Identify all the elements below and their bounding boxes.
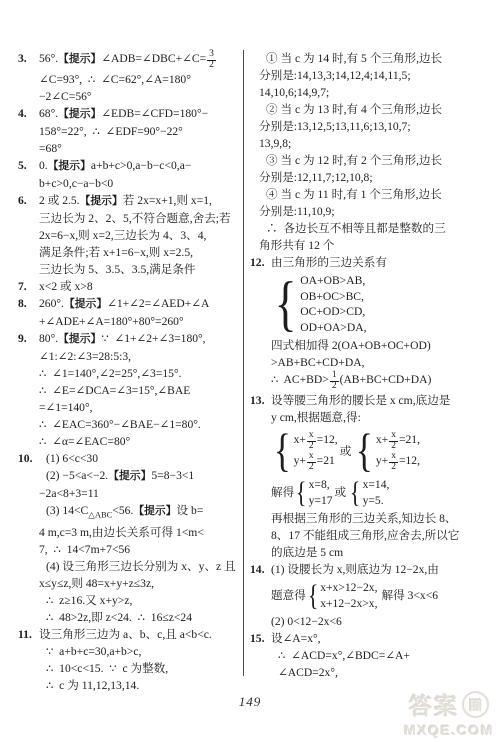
fraction: x2 [389, 452, 398, 473]
answer-item-12: 12.由三角形的三边关系有{OA+OB>AB,OB+OC>BC,OC+OD>CD… [250, 254, 482, 392]
text-line: 13,9,8; [259, 135, 482, 152]
text-line: x<2 或 x>8 [39, 278, 243, 295]
text-line: 分别是:13,12,5;13,11,6;13,10,7; [259, 118, 482, 135]
text-line: 由三角形的三边关系有 [271, 254, 482, 271]
brace-icon: { [296, 478, 307, 508]
text-line: 三边长为 5、3.5、3.5,满足条件 [39, 261, 243, 278]
text-line: (2) 0<12−2x<6 [271, 613, 482, 630]
subscript: △ABC [88, 510, 112, 520]
fraction: x2 [307, 452, 316, 473]
column-divider [243, 50, 244, 676]
text-line: 设三角形三边为 a、b、c,且 a<b<c. [39, 626, 243, 643]
item-number: 6. [18, 192, 39, 209]
text-line: 满足条件;若 x+1=6−x,则 x=2.5, [39, 244, 243, 261]
text-line: (1) 设腰长为 x,则底边为 12−2x,由 [271, 561, 482, 578]
hint-label: 【提示】 [108, 470, 151, 482]
answer-item-9: 9.80°.【提示】∵ ∠1+∠2+∠3=180°,∠1:∠2:∠3=28:5:… [18, 330, 243, 450]
text-line: ∠1:∠2:∠3=28:5:3, [39, 348, 243, 365]
item-number: 10. [18, 450, 39, 467]
fraction: x2 [389, 431, 398, 452]
text-line: 260°.【提示】∠1+∠2=∠AED+∠A [39, 295, 243, 313]
text-line: 68°.【提示】∠EDB=∠CFD=180°− [39, 105, 243, 123]
brace-icon: { [308, 581, 319, 611]
text-line: ∴ AC+BD>12(AB+BC+CD+DA) [271, 371, 482, 392]
watermark-brand-text: 答案 [409, 688, 459, 721]
hint-label: 【提示】 [64, 298, 107, 310]
fraction: x2 [307, 431, 316, 452]
watermark-site-text: MXQE.COM [404, 722, 494, 738]
item-number: 15. [250, 630, 271, 647]
text-line: ∴ c 为 11,12,13,14. [39, 677, 243, 694]
text-line: 4 m,c=3 m,由边长关系可得 1<m< [39, 524, 243, 541]
brace-group: {x+x2=12,y+x2=21 [271, 428, 338, 475]
brace-group: {OA+OB>AB,OB+OC>BC,OC+OD>CD,OD+OA>DA, [271, 273, 367, 335]
right-column: ① 当 c 为 14 时,有 5 个三角形,边长分别是:14,13,3;14,1… [250, 50, 482, 681]
left-column: 3.56°.【提示】∠ADB=∠DBC+∠C=32∠C=93°, ∴ ∠C=62… [18, 50, 243, 694]
answer-item-11: 11.设三角形三边为 a、b、c,且 a<b<c.∵ a+b+c=30,a+b>… [18, 626, 243, 694]
text-line: 设∠A=x°, [271, 630, 482, 647]
text-line: ∴ ∠EAC=360°−∠BAE−∠1=80°. [39, 416, 243, 433]
text-line: 的底边是 5 cm [271, 544, 482, 561]
answer-item-8: 8.260°.【提示】∠1+∠2=∠AED+∠A+∠ADE+∠A=180°+80… [18, 295, 243, 330]
system-row: y+x2=21 [294, 452, 338, 473]
text-line: 7, ∴ 14<7m+7<56 [39, 541, 243, 558]
text-line: ∴ ∠α=∠EAC=80° [39, 433, 243, 450]
item-number: 9. [18, 330, 39, 347]
item-number: 4. [18, 105, 39, 122]
system-row: OA+OB>AB, [300, 273, 366, 289]
item-number: 7. [18, 278, 39, 295]
text-line: ∴ ∠ACD=x°,∠BDC=∠A+ [271, 647, 482, 664]
system-row: OB+OC>BC, [300, 289, 366, 305]
item-number: 14. [250, 561, 271, 578]
system-row: x+12−2x>x, [320, 596, 377, 612]
answer-item-15: 15.设∠A=x°,∴ ∠ACD=x°,∠BDC=∠A+∠ACD=2x°, [250, 630, 482, 681]
text-line: ④ 当 c 为 11 时,有 1 个三角形,边长 [259, 186, 482, 203]
hint-label: 【提示】 [58, 53, 101, 65]
watermark-circle-logo: 圈 [462, 691, 489, 718]
system-row: y+x2=12, [376, 452, 420, 473]
item-number: 13. [250, 392, 271, 409]
or-label: 或 [340, 443, 352, 460]
brace-icon: { [274, 428, 291, 475]
answer-item-continued: ① 当 c 为 14 时,有 5 个三角形,边长分别是:14,13,3;14,1… [250, 50, 482, 254]
text-line: 三边长为 2、2、5,不符合题意,舍去;若 [39, 210, 243, 227]
text-line: =∠1=140°, [39, 399, 243, 416]
text-line: 角形共有 12 个 [259, 237, 482, 254]
text-line: 14,10,6;14,9,7; [259, 84, 482, 101]
watermark-brand: 答案 圈 [404, 688, 494, 721]
system-row: x+x>12−2x, [320, 580, 377, 596]
system-lead-text: 题意得 [271, 587, 306, 604]
fraction: 12 [330, 371, 339, 392]
system-lead-text: 解得 [271, 484, 294, 501]
system-row: OC+OD>CD, [300, 304, 366, 320]
item-number: 12. [250, 254, 271, 271]
text-line: ① 当 c 为 14 时,有 5 个三角形,边长 [259, 50, 482, 67]
answer-item-4: 4.68°.【提示】∠EDB=∠CFD=180°−158°=22°, ∴ ∠ED… [18, 105, 243, 157]
brace-icon: { [275, 274, 297, 335]
text-line: (2) −5<a<−2.【提示】5=8−3<1 [39, 467, 243, 485]
equation-system: 解得{x=8,y=17或{x=14,y=5. [271, 477, 482, 508]
brace-icon: { [356, 428, 373, 475]
text-line: 四式相加得 2(OA+OB+OC+OD) [271, 337, 482, 354]
text-line: (3) 14<C△ABC<56.【提示】设 b= [39, 502, 243, 523]
hint-label: 【提示】 [58, 333, 101, 345]
text-line: y cm,根据题意,得: [271, 409, 482, 426]
item-number: 5. [18, 157, 39, 174]
system-row: OD+OA>DA, [300, 320, 366, 336]
text-line: =68° [39, 140, 243, 157]
text-line: ∴ 10<c<15. ∵ c 为整数, [39, 660, 243, 677]
text-line: 分别是:11,10,9; [259, 203, 482, 220]
text-line: 分别是:12,11,7;12,10,8; [259, 169, 482, 186]
text-line: 再根据三角形的三边关系,知边长 8、 [271, 510, 482, 527]
text-line: 0.【提示】a+b+c>0,a−b−c<0,a− [39, 157, 243, 175]
text-line: 设等腰三角形的腰长是 x cm,底边是 [271, 392, 482, 409]
answer-page: 3.56°.【提示】∠ADB=∠DBC+∠C=32∠C=93°, ∴ ∠C=62… [0, 0, 500, 742]
watermark: 答案 圈 MXQE.COM [404, 688, 494, 738]
text-line: ③ 当 c 为 12 时,有 2 个三角形,边长 [259, 152, 482, 169]
item-number: 11. [18, 626, 39, 643]
text-line: b+c>0,c−a−b<0 [39, 175, 243, 192]
answer-item-6: 6.2 或 2.5.【提示】若 2x=x+1,则 x=1,三边长为 2、2、5,… [18, 192, 243, 278]
text-line: 分别是:14,13,3;14,12,4;14,11,5; [259, 67, 482, 84]
equation-system: {OA+OB>AB,OB+OC>BC,OC+OD>CD,OD+OA>DA, [271, 273, 482, 335]
text-line: −2a<8+3=11 [39, 485, 243, 502]
text-line: +∠ADE+∠A=180°+80°=260° [39, 313, 243, 330]
brace-group: {x=14,y=5. [348, 477, 389, 508]
answer-item-13: 13.设等腰三角形的腰长是 x cm,底边是y cm,根据题意,得:{x+x2=… [250, 392, 482, 561]
answer-item-10: 10.(1) 6<c<30(2) −5<a<−2.【提示】5=8−3<1−2a<… [18, 450, 243, 625]
text-line: ∴ 48>2z,即 z<24. ∴ 16≤z<24 [39, 609, 243, 626]
answer-item-5: 5.0.【提示】a+b+c>0,a−b−c<0,a−b+c>0,c−a−b<0 [18, 157, 243, 192]
brace-group: {x+x>12−2x,x+12−2x>x, [306, 580, 378, 611]
system-row: y=17 [309, 493, 333, 509]
text-line: (4) 设三角形三边长分别为 x、y、z 且 [39, 558, 243, 575]
brace-icon: { [350, 478, 361, 508]
text-line: ∴ 各边长互不相等且都是整数的三 [259, 220, 482, 237]
hint-label: 【提示】 [133, 505, 176, 517]
answer-item-14: 14.(1) 设腰长为 x,则底边为 12−2x,由题意得{x+x>12−2x,… [250, 561, 482, 630]
brace-group: {x+x2=21,y+x2=12, [353, 428, 420, 475]
text-line: ∴ z≥16.又 x+y>z, [39, 592, 243, 609]
text-line: 158°=22°, ∴ ∠EDF=90°−22° [39, 123, 243, 140]
text-line: ∵ a+b+c=30,a+b>c, [39, 643, 243, 660]
equation-system: {x+x2=12,y+x2=21或{x+x2=21,y+x2=12, [271, 428, 482, 475]
text-line: ∴ ∠E=∠DCA=∠3=15°,∠BAE [39, 382, 243, 399]
text-line: 8、17 不能组成三角形,应舍去,所以它 [271, 527, 482, 544]
text-line: (1) 6<c<30 [39, 450, 243, 467]
answer-item-3: 3.56°.【提示】∠ADB=∠DBC+∠C=32∠C=93°, ∴ ∠C=62… [18, 50, 243, 105]
text-line: 2 或 2.5.【提示】若 2x=x+1,则 x=1, [39, 192, 243, 210]
system-row: x=14, [363, 477, 390, 493]
text-line: 56°.【提示】∠ADB=∠DBC+∠C=32 [39, 50, 243, 71]
text-line: ∠ACD=2x°, [271, 664, 482, 681]
text-line: >AB+BC+CD+DA, [271, 354, 482, 371]
brace-group: {x=8,y=17 [294, 477, 332, 508]
text-line: x≤y≤z,则 48=x+y+z≤3z, [39, 575, 243, 592]
system-result-text: 解得 3<x<6 [382, 587, 439, 604]
text-line: ∴ ∠1=140°,∠2=25°,∠3=15°. [39, 365, 243, 382]
or-label: 或 [335, 484, 347, 501]
text-line: −2∠C=56° [39, 88, 243, 105]
answer-item-7: 7.x<2 或 x>8 [18, 278, 243, 295]
text-line: ② 当 c 为 13 时,有 4 个三角形,边长 [259, 101, 482, 118]
hint-label: 【提示】 [48, 160, 91, 172]
text-line: ∠C=93°, ∴ ∠C=62°,∠A=180° [39, 71, 243, 88]
item-number: 3. [18, 50, 39, 67]
system-row: x=8, [309, 477, 333, 493]
system-row: x+x2=12, [294, 431, 338, 452]
text-line: 80°.【提示】∵ ∠1+∠2+∠3=180°, [39, 330, 243, 348]
system-row: x+x2=21, [376, 431, 420, 452]
hint-label: 【提示】 [80, 195, 123, 207]
text-line: 2x=6−x,则 x=2,三边长为 4、3、4, [39, 227, 243, 244]
fraction: 32 [207, 50, 216, 71]
system-row: y=5. [363, 493, 390, 509]
hint-label: 【提示】 [58, 108, 101, 120]
equation-system: 题意得{x+x>12−2x,x+12−2x>x,解得 3<x<6 [271, 580, 482, 611]
item-number: 8. [18, 295, 39, 312]
